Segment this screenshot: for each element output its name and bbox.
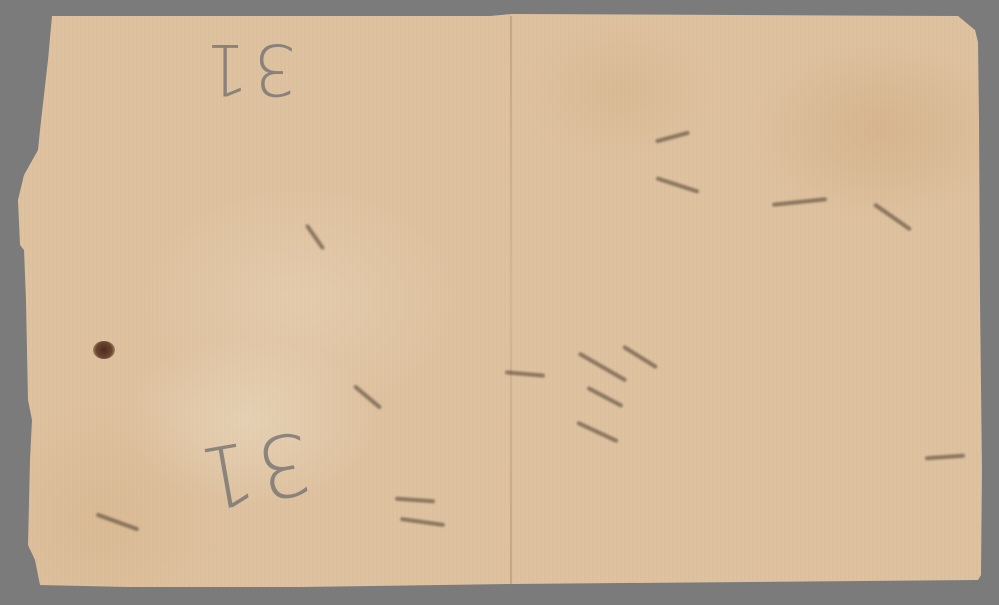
center-fold-line	[510, 16, 512, 584]
handwritten-number-bottom: 31	[187, 411, 319, 529]
paper-sheet	[0, 0, 999, 605]
dark-stain-spot	[93, 341, 115, 359]
handwritten-number-top: 31	[200, 28, 297, 110]
